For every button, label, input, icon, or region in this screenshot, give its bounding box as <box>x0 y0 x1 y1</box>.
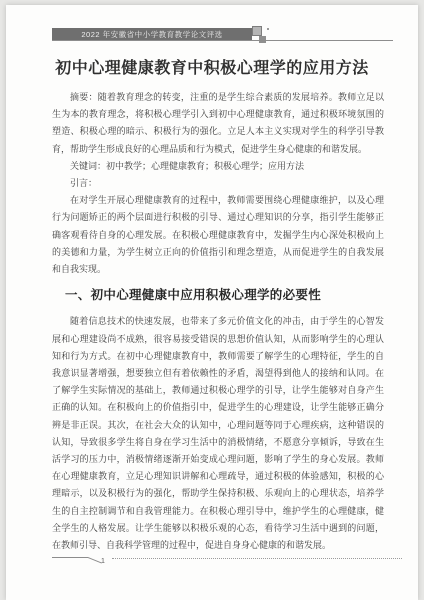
page-number: 1 <box>101 558 105 565</box>
footer-rule-dotted <box>112 558 402 559</box>
paper-body: 摘要：随着教育理念的转变，注重的是学生综合素质的发展培养。教师立足以生为本的教育… <box>52 89 384 554</box>
paper-title: 初中心理健康教育中积极心理学的应用方法 <box>6 55 418 78</box>
decorative-dot <box>267 28 269 30</box>
abstract-text: 随着教育理念的转变，注重的是学生综合素质的发展培养。教师立足以生为本的教育理念，… <box>52 92 384 154</box>
abstract-paragraph: 摘要：随着教育理念的转变，注重的是学生综合素质的发展培养。教师立足以生为本的教育… <box>52 89 384 158</box>
keywords-label: 关键词： <box>70 161 106 171</box>
section-1-body-paragraph: 随着信息技术的快速发展，也带来了多元价值文化的冲击，由于学生的心智发展和心理建设… <box>52 313 384 554</box>
decorative-square-large <box>252 26 262 36</box>
introduction-label: 引言： <box>52 175 384 192</box>
header-banner-text: 2022 年安徽省中小学教育教学论文评选 <box>81 30 222 39</box>
footer-rule-solid <box>52 557 88 558</box>
keywords-text: 初中教学；心理健康教育；积极心理学；应用方法 <box>106 161 304 171</box>
document-page: 2022 年安徽省中小学教育教学论文评选 初中心理健康教育中积极心理学的应用方法… <box>6 5 418 600</box>
footer-rule-slant <box>88 557 102 564</box>
keywords-paragraph: 关键词：初中教学；心理健康教育；积极心理学；应用方法 <box>52 158 384 175</box>
abstract-label: 摘要： <box>70 92 98 102</box>
section-1-heading: 一、初中心理健康中应用积极心理学的必要性 <box>52 287 384 304</box>
header-divider <box>52 40 393 41</box>
introduction-paragraph: 在对学生开展心理健康教育的过程中，教师需要围绕心理健康维护，以及心理行为问题矫正… <box>52 192 384 278</box>
